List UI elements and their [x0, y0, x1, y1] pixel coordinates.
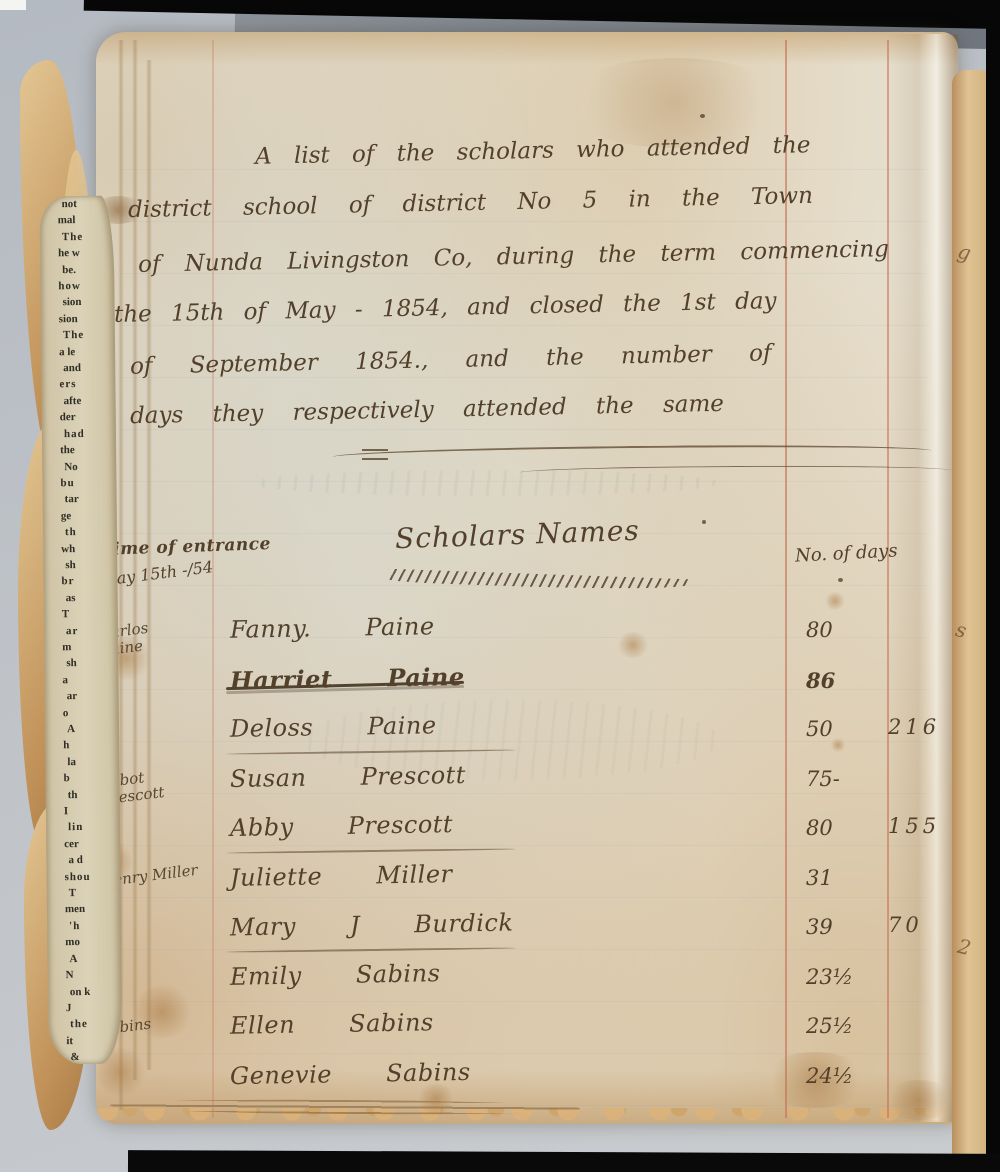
newsprint-fragment: wh: [43, 540, 117, 557]
newsprint-fragment: A: [47, 950, 121, 967]
scholar-row: Genevie Sabins 24½: [96, 1058, 960, 1108]
newsprint-fragment: sion: [40, 294, 114, 311]
stain: [824, 592, 846, 610]
newsprint-fragment: how: [40, 278, 114, 295]
scholar-row: Abbot Prescott Susan Prescott 75-: [96, 761, 960, 811]
newsprint-fragment: b: [45, 770, 119, 787]
days-total: 155: [888, 814, 940, 838]
scholar-name: Fanny. Paine: [230, 612, 435, 644]
newsprint-fragment: and: [41, 360, 115, 377]
margin-note: [100, 660, 225, 675]
days-attended: 50: [806, 717, 833, 741]
newsprint-fragment: the: [42, 442, 116, 459]
newsprint-fragment: men: [47, 901, 121, 918]
newsprint-fragment: ers: [41, 376, 115, 393]
newsprint-fragment: sion: [41, 310, 115, 327]
fly-speck: [838, 578, 843, 582]
newsprint-fragment: on k: [48, 983, 122, 1000]
scan-black-edge-right: [986, 0, 1000, 1172]
scholar-table: Carlos Paine Fanny. Paine 80 Harriet Pai…: [96, 612, 960, 1107]
scholar-row: Deloss Paine 50 216: [96, 711, 960, 761]
underline-mark: [226, 947, 516, 953]
underline-mark: [226, 749, 516, 755]
days-attended: 23½: [806, 965, 853, 989]
scholar-row: B Emily Sabins 23½: [96, 959, 960, 1009]
newsprint-fragment: mo: [47, 934, 121, 951]
scholar-row: Abby Prescott 80 155: [96, 810, 960, 860]
days-attended: 39: [806, 915, 833, 939]
scholar-name: Abby Prescott: [230, 810, 454, 842]
fly-speck: [700, 114, 705, 118]
scholar-name: Mary J Burdick: [230, 909, 514, 942]
days-total: 70: [888, 913, 923, 937]
scholar-name: Juliette Miller: [230, 860, 453, 892]
scholar-name: Genevie Sabins: [230, 1057, 471, 1089]
scan-corner-sliver: [0, 0, 26, 10]
scholar-name: Ellen Sabins: [230, 1008, 434, 1040]
scholar-name: Susan Prescott: [230, 760, 466, 792]
days-attended: 80: [806, 618, 833, 642]
newsprint-fragment: h: [45, 737, 119, 754]
days-attended: 80: [806, 816, 833, 840]
scanned-ledger-photo: g s 2 notmalThehe wbe.howsionsionThea le…: [0, 0, 1000, 1172]
newsprint-fragment: th: [43, 524, 117, 541]
newsprint-fragment: der: [42, 409, 116, 426]
newsprint-fragment: a le: [41, 343, 115, 360]
margin-note: [100, 709, 225, 724]
scholar-row: Mary J Burdick 39 70: [96, 909, 960, 959]
margin-note: [100, 1056, 225, 1071]
days-attended: 75-: [806, 767, 840, 791]
scholar-row: Carlos Paine Fanny. Paine 80: [96, 612, 960, 662]
newsprint-fragment: afte: [42, 393, 116, 410]
newsprint-fragment: bu: [42, 475, 116, 492]
newsprint-fragment: a d: [46, 852, 120, 869]
newsprint-fragment: 'h: [47, 917, 121, 934]
fly-speck: [702, 520, 706, 524]
newsprint-scrap-column: notmalThehe wbe.howsionsionThea leanders…: [39, 196, 122, 1065]
days-attended: 86: [806, 668, 835, 693]
newsprint-fragment: A: [45, 721, 119, 738]
days-total: 216: [888, 715, 940, 739]
newsprint-fragment: The: [41, 327, 115, 344]
scholar-name: Harriet Paine: [230, 661, 465, 694]
scan-black-edge-bottom: [128, 1150, 1000, 1172]
scholar-row: Henry Miller Juliette Miller 31: [96, 860, 960, 910]
newsprint-fragment: T: [44, 606, 118, 623]
newsprint-fragment: br: [43, 573, 117, 590]
scholar-row: Harriet Paine 86: [96, 662, 960, 712]
newsprint-fragment: I: [46, 803, 120, 820]
underline-mark: [226, 848, 516, 854]
newsprint-fragment: the: [48, 1016, 122, 1033]
newsprint-fragment: The: [40, 228, 114, 245]
newsprint-fragment: J: [48, 999, 122, 1016]
pen-flourish-equals: [362, 449, 388, 460]
newsprint-fragment: as: [44, 589, 118, 606]
newsprint-fragment: ar: [44, 622, 118, 639]
newsprint-fragment: ge: [43, 507, 117, 524]
newsprint-fragment: he w: [40, 245, 114, 262]
days-attended: 24½: [806, 1064, 853, 1088]
newsprint-fragment: T: [47, 885, 121, 902]
newsprint-fragment: ar: [45, 688, 119, 705]
days-attended: 31: [806, 866, 833, 890]
newsprint-fragment: a: [44, 671, 118, 688]
newsprint-fragment: mal: [40, 212, 114, 229]
newsprint-fragment: it: [48, 1032, 122, 1049]
newsprint-fragment: m: [44, 639, 118, 656]
newsprint-fragment: la: [45, 753, 119, 770]
newsprint-fragment: No: [42, 458, 116, 475]
days-attended: 25½: [806, 1014, 853, 1038]
newsprint-fragment: lin: [46, 819, 120, 836]
newsprint-fragment: sh: [43, 557, 117, 574]
scholar-row: Sabins Ellen Sabins 25½: [96, 1008, 960, 1058]
newsprint-fragment: o: [45, 704, 119, 721]
newsprint-fragment: N: [48, 967, 122, 984]
newsprint-fragment: sh: [44, 655, 118, 672]
newsprint-fragment: cer: [46, 835, 120, 852]
newsprint-fragment: be.: [40, 261, 114, 278]
scholar-name: Emily Sabins: [230, 959, 441, 991]
newsprint-fragment: tar: [43, 491, 117, 508]
newsprint-fragment: th: [46, 786, 120, 803]
newsprint-fragment: had: [42, 425, 116, 442]
scholar-name: Deloss Paine: [230, 711, 437, 743]
newsprint-fragment: shou: [47, 868, 121, 885]
